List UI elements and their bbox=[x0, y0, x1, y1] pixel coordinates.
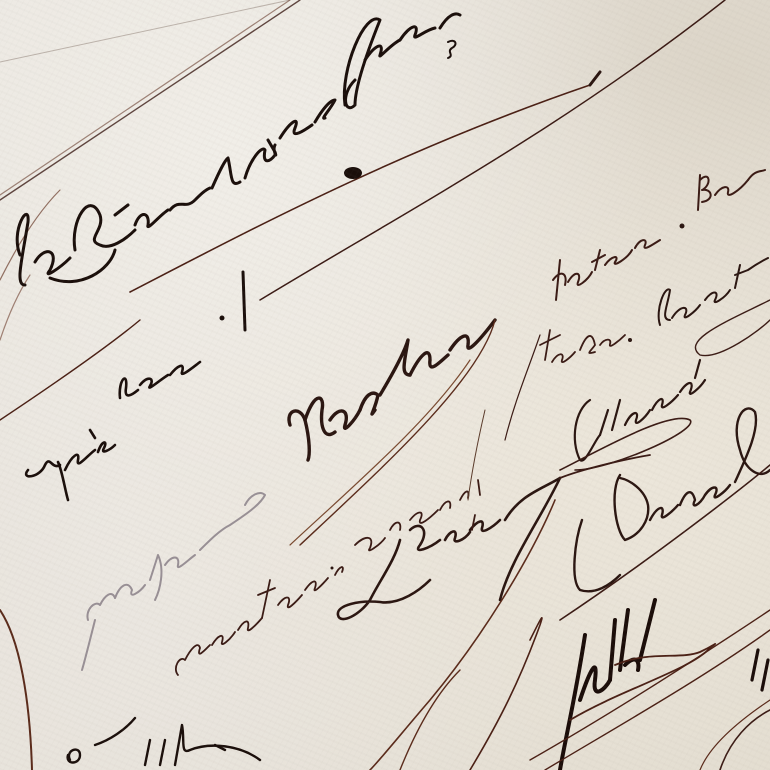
document-photo: la République franç après lecture Napole… bbox=[0, 0, 770, 770]
flourish-right-edge bbox=[720, 710, 770, 770]
signature-bonaparte bbox=[659, 258, 768, 325]
handwriting-bottom-left bbox=[68, 718, 260, 765]
long-stroke bbox=[505, 335, 540, 440]
handwriting-stroke bbox=[243, 272, 245, 330]
annotation-bottom-left: e bbox=[65, 735, 79, 763]
ruled-line bbox=[590, 72, 600, 85]
signature-hortense bbox=[553, 170, 765, 300]
margin-curve bbox=[0, 610, 32, 770]
ruled-line bbox=[0, 0, 290, 62]
flourish-jerome bbox=[400, 670, 460, 770]
flourish-jerome bbox=[470, 618, 542, 770]
ink-blot bbox=[344, 167, 362, 179]
handwriting-la-republique bbox=[17, 14, 460, 285]
flourish-right-edge bbox=[700, 700, 770, 770]
handwriting-de-spain bbox=[540, 330, 632, 362]
long-stroke bbox=[468, 410, 485, 500]
annotation-s: s bbox=[445, 30, 455, 54]
signature-right-edge bbox=[752, 650, 768, 690]
